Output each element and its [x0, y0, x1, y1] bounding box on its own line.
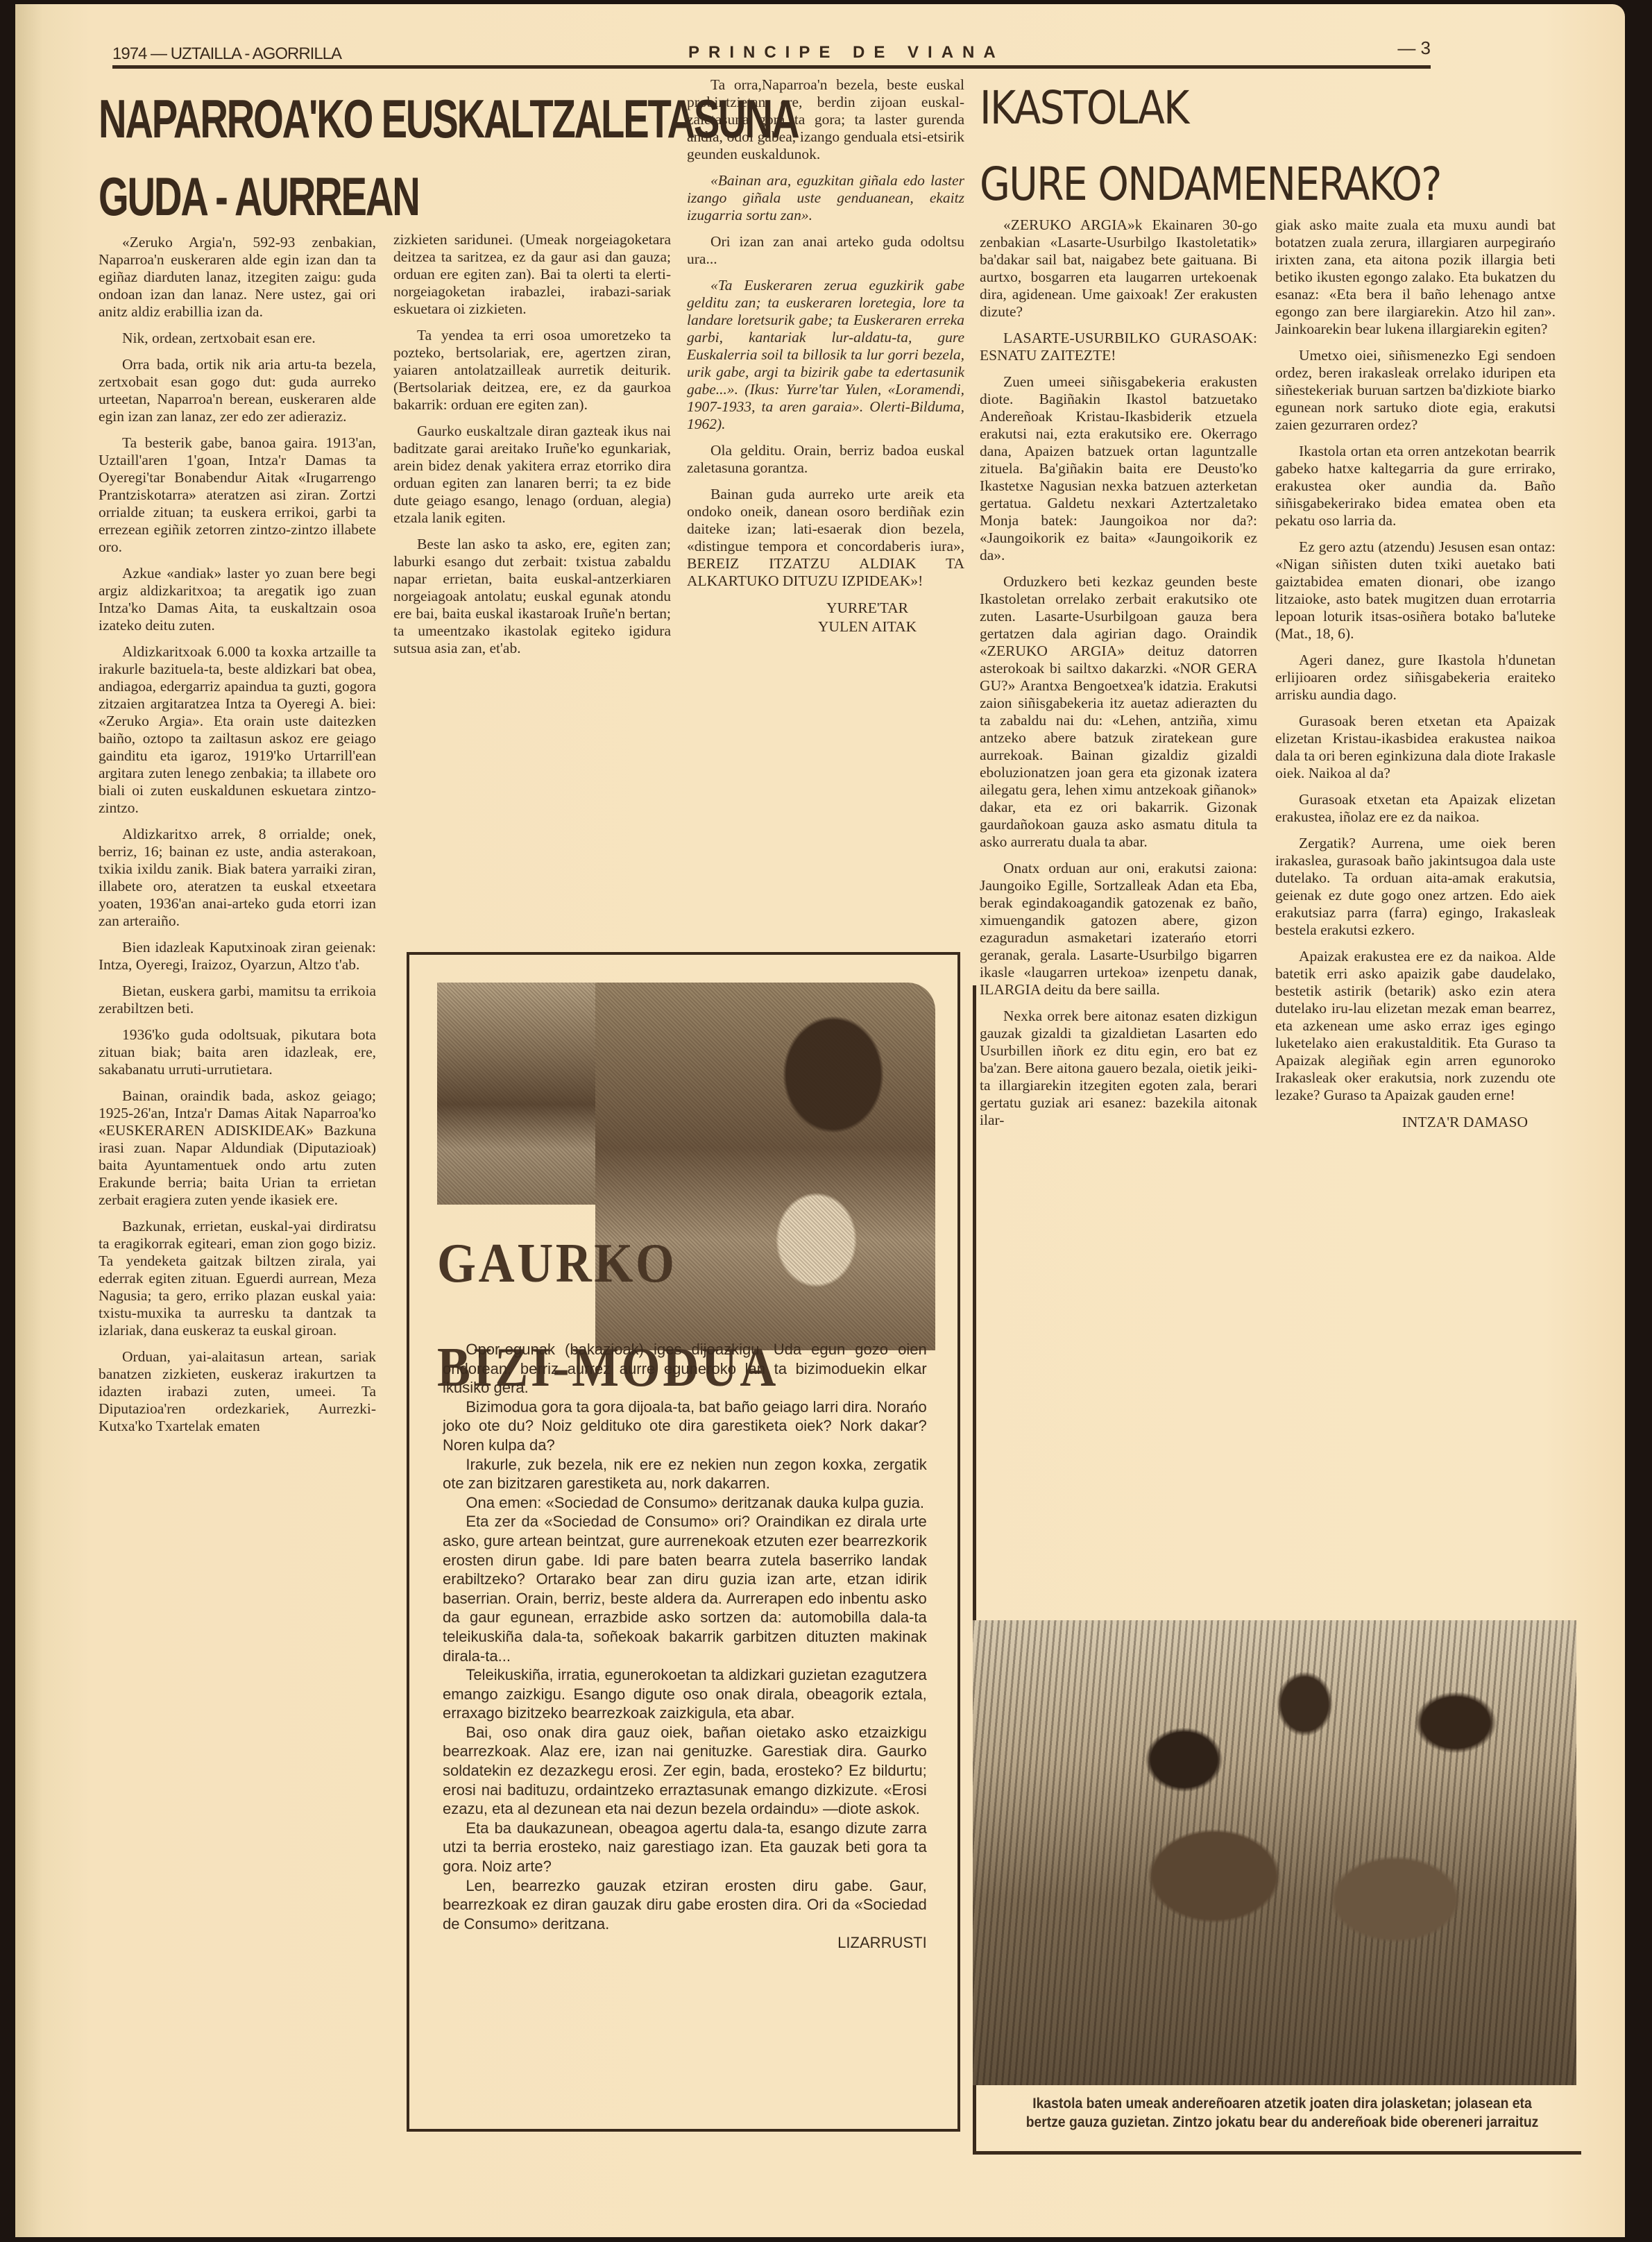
- paragraph: Ori izan zan anai arteko guda odoltsu ur…: [687, 233, 964, 268]
- subheading: LASARTE-USURBILKO GURASOAK: ESNATU ZAITE…: [980, 330, 1257, 364]
- page-number: — 3: [1397, 37, 1431, 59]
- author-signature-line1: YURRE'TAR: [770, 599, 964, 618]
- paragraph: Bainan, oraindik bada, askoz geiago; 192…: [99, 1087, 376, 1209]
- paragraph: Ikastola ortan eta orren antzekotan bear…: [1275, 443, 1556, 529]
- page-header: 1974 — UZTAILLA - AGORRILLA PRINCIPE DE …: [112, 44, 1431, 69]
- paragraph: Apaizak erakustea ere ez da naikoa. Alde…: [1275, 948, 1556, 1104]
- author-signature-line2: YULEN AITAK: [770, 618, 964, 636]
- paragraph: Azkue «andiak» laster yo zuan bere begi …: [99, 565, 376, 634]
- paragraph: Bazkunak, errietan, euskal-yai dirdirats…: [99, 1218, 376, 1339]
- article2-body: Opor-egunak (bakazioak) iges dijoazkigu.…: [443, 1340, 927, 1953]
- photo-caption: Ikastola baten umeak andereñoaren atzeti…: [1014, 2094, 1551, 2132]
- paragraph: Nexka orrek bere aitonaz esaten dizkigun…: [980, 1008, 1257, 1129]
- paragraph: Gurasoak beren etxetan eta Apaizak elize…: [1275, 713, 1556, 782]
- quote-paragraph: «Ta Euskeraren zerua eguzkirik gabe geld…: [687, 277, 964, 433]
- paragraph: Eta zer da «Sociedad de Consumo» ori? Or…: [443, 1512, 927, 1665]
- article2-box: GAURKO BIZI-MODUA Opor-egunak (bakazioak…: [407, 952, 960, 2132]
- issue-date: 1974 — UZTAILLA - AGORRILLA: [112, 44, 341, 64]
- paragraph: Onatx orduan aur oni, erakutsi zaiona: J…: [980, 860, 1257, 999]
- author-signature: LIZARRUSTI: [443, 1933, 927, 1953]
- article1-column-2: zizkieten saridunei. (Umeak norgeiagoket…: [393, 231, 671, 666]
- paragraph: Gurasoak etxetan eta Apaizak elizetan er…: [1275, 791, 1556, 826]
- paragraph: Ta yendea ta erri osoa umoretzeko ta poz…: [393, 327, 671, 414]
- paragraph: Aldizkaritxo arrek, 8 orrialde; onek, be…: [99, 826, 376, 930]
- article1-title: NAPARROA'KO EUSKALTZALETASUNA GUDA - AUR…: [99, 89, 508, 226]
- article2-title-line1: GAURKO: [437, 1233, 677, 1294]
- paragraph: Ola gelditu. Orain, berriz badoa euskal …: [687, 442, 964, 477]
- paragraph: Ona emen: «Sociedad de Consumo» deritzan…: [443, 1493, 927, 1513]
- paragraph: Ta besterik gabe, banoa gaira. 1913'an, …: [99, 434, 376, 556]
- article1-title-line2: GUDA - AURREAN: [99, 167, 508, 226]
- paragraph: Orra bada, ortik nik aria artu-ta bezela…: [99, 356, 376, 425]
- paragraph: zizkieten saridunei. (Umeak norgeiagoket…: [393, 231, 671, 318]
- paragraph: Irakurle, zuk bezela, nik ere ez nekien …: [443, 1455, 927, 1493]
- quote-paragraph: «Bainan ara, eguzkitan giñala edo laster…: [687, 172, 964, 224]
- paragraph: giak asko maite zuala eta muxu aundi bat…: [1275, 216, 1556, 338]
- article3-column-1: «ZERUKO ARGIA»k Ekainaren 30-go zenbakia…: [980, 216, 1257, 1138]
- article1-column-1: «Zeruko Argia'n, 592-93 zenbakian, Napar…: [99, 234, 376, 1444]
- article1-column-3: Ta orra,Naparroa'n bezela, beste euskal …: [687, 76, 964, 636]
- paragraph: Bai, oso onak dira gauz oiek, bañan oiet…: [443, 1723, 927, 1819]
- paragraph: Zergatik? Aurrena, ume oiek beren irakas…: [1275, 835, 1556, 939]
- paragraph: Orduan, yai-alaitasun artean, sariak ban…: [99, 1348, 376, 1435]
- paragraph: Ez gero aztu (atzendu) Jesusen esan onta…: [1275, 538, 1556, 643]
- article3-title: IKASTOLAK GURE ONDAMENERAKO?: [980, 80, 1441, 212]
- paragraph: Bietan, euskera garbi, mamitsu ta erriko…: [99, 983, 376, 1017]
- publication-name: PRINCIPE DE VIANA: [688, 43, 1005, 62]
- paragraph: Beste lan asko ta asko, ere, egiten zan;…: [393, 536, 671, 657]
- paragraph: Orduzkero beti kezkaz geunden beste Ikas…: [980, 573, 1257, 851]
- author-signature: INTZA'R DAMASO: [1275, 1113, 1556, 1132]
- paragraph: 1936'ko guda odoltsuak, pikutara bota zi…: [99, 1026, 376, 1078]
- paragraph: Bainan guda aurreko urte areik eta ondok…: [687, 486, 964, 590]
- paragraph: Umetxo oiei, siñismenezko Egi sendoen or…: [1275, 347, 1556, 434]
- paragraph: Zuen umeei siñisgabekeria erakusten diot…: [980, 373, 1257, 564]
- paragraph: Len, bearrezko gauzak etziran erosten di…: [443, 1876, 927, 1934]
- paragraph: Ta orra,Naparroa'n bezela, beste euskal …: [687, 76, 964, 163]
- paragraph: Teleikuskiña, irratia, egunerokoetan ta …: [443, 1665, 927, 1723]
- column-divider: [973, 985, 976, 1624]
- paragraph: Ageri danez, gure Ikastola h'dunetan erl…: [1275, 652, 1556, 704]
- children-playing-photo: [973, 1620, 1576, 2085]
- article3-title-line2: GURE ONDAMENERAKO?: [980, 157, 1441, 212]
- paragraph: Aldizkaritxoak 6.000 ta koxka artzaille …: [99, 643, 376, 817]
- paragraph: Bien idazleak Kaputxinoak ziran geienak:…: [99, 939, 376, 974]
- paragraph: Bizimodua gora ta gora dijoala-ta, bat b…: [443, 1398, 927, 1455]
- paragraph: Opor-egunak (bakazioak) iges dijoazkigu.…: [443, 1340, 927, 1398]
- paragraph: «ZERUKO ARGIA»k Ekainaren 30-go zenbakia…: [980, 216, 1257, 321]
- paragraph: «Zeruko Argia'n, 592-93 zenbakian, Napar…: [99, 234, 376, 321]
- paragraph: Eta ba daukazunean, obeagoa agertu dala-…: [443, 1819, 927, 1876]
- paragraph: Gaurko euskaltzale diran gazteak ikus na…: [393, 423, 671, 527]
- paragraph: Nik, ordean, zertxobait esan ere.: [99, 330, 376, 347]
- article3-title-line1: IKASTOLAK: [980, 81, 1189, 135]
- article3-column-2: giak asko maite zuala eta muxu aundi bat…: [1275, 216, 1556, 1141]
